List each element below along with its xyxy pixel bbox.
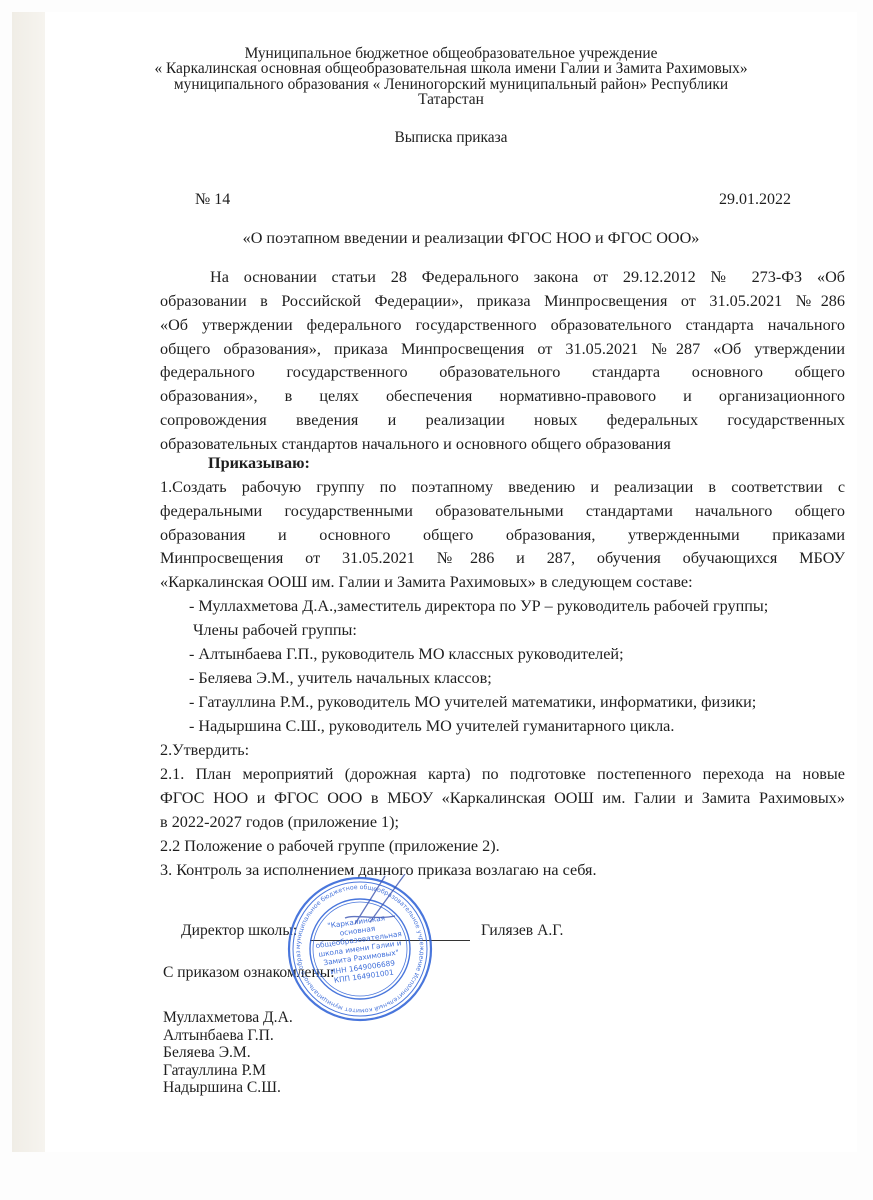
signature-name: Гилязев А.Г. — [481, 922, 563, 940]
acknowledged-list: Муллахметова Д.А. Алтынбаева Г.П. Беляев… — [163, 1009, 293, 1097]
preamble-line: «Об утверждении федерального государстве… — [160, 314, 845, 338]
preamble-line: общего образования», приказа Минпросвеще… — [160, 338, 845, 362]
item-2-1: 2.1. План мероприятий (дорожная карта) п… — [160, 763, 845, 834]
item-1: 1.Создать рабочую группу по поэтапному в… — [160, 476, 845, 595]
preamble-line: На основании статьи 28 Федерального зако… — [160, 266, 845, 290]
group-member: - Беляева Э.М., учитель начальных классо… — [189, 667, 492, 691]
item-2-1-line: 2.1. План мероприятий (дорожная карта) п… — [160, 763, 845, 787]
acknowledged-name: Муллахметова Д.А. — [163, 1009, 293, 1027]
group-member: - Надыршина С.Ш., руководитель МО учител… — [189, 715, 674, 739]
item-2-2: 2.2 Положение о рабочей группе (приложен… — [160, 835, 500, 859]
official-stamp: муниципальное бюджетное общеобразователь… — [285, 874, 435, 1024]
preamble-line: образования», в целях обеспечения нормат… — [160, 385, 845, 409]
item-1-line: образования и основного общего образован… — [160, 524, 845, 548]
stamp-seal-icon: муниципальное бюджетное общеобразователь… — [285, 874, 435, 1024]
preamble-line: сопровождения введения и реализации новы… — [160, 409, 845, 433]
document-page: Муниципальное бюджетное общеобразователь… — [45, 12, 857, 1152]
order-title: «О поэтапном введении и реализации ФГОС … — [65, 229, 873, 248]
order-date: 29.01.2022 — [719, 191, 791, 209]
preamble-body: образовании в Российской Федерации», при… — [160, 290, 845, 457]
group-member: - Алтынбаева Г.П., руководитель МО класс… — [189, 643, 624, 667]
preamble-line: федерального государственного образовате… — [160, 361, 845, 385]
doc-type-title: Выписка приказа — [45, 129, 857, 147]
acknowledged-name: Алтынбаева Г.П. — [163, 1027, 293, 1045]
signature-role: Директор школы: — [181, 922, 297, 940]
command-heading: Приказываю: — [208, 452, 310, 476]
preamble-line: образовании в Российской Федерации», при… — [160, 290, 845, 314]
group-members-label: Члены рабочей группы: — [193, 619, 357, 643]
item-1-line: Минпросвещения от 31.05.2021 №286 и 287,… — [160, 547, 845, 571]
scan-edge-strip — [12, 12, 45, 1152]
header-line-4: Татарстан — [45, 91, 857, 109]
acknowledged-name: Беляева Э.М. — [163, 1044, 293, 1062]
item-2-1-line: ФГОС НОО и ФГОС ООО в МБОУ «Каркалинская… — [160, 787, 845, 811]
acknowledged-name: Надыршина С.Ш. — [163, 1079, 293, 1097]
item-1-line: федеральными государственными образовате… — [160, 500, 845, 524]
group-leader: - Муллахметова Д.А.,заместитель директор… — [189, 595, 768, 619]
preamble-first-line: На основании статьи 28 Федерального зако… — [160, 266, 845, 290]
group-member: - Гатауллина Р.М., руководитель МО учите… — [189, 691, 756, 715]
item-2-label: 2.Утвердить: — [160, 739, 249, 763]
item-1-line: 1.Создать рабочую группу по поэтапному в… — [160, 476, 845, 500]
order-number: № 14 — [195, 191, 230, 209]
item-1-line: «Каркалинская ООШ им. Галии и Замита Рах… — [160, 571, 845, 595]
acknowledged-name: Гатауллина Р.М — [163, 1062, 293, 1080]
item-2-1-line: в 2022-2027 годов (приложение 1); — [160, 811, 845, 835]
